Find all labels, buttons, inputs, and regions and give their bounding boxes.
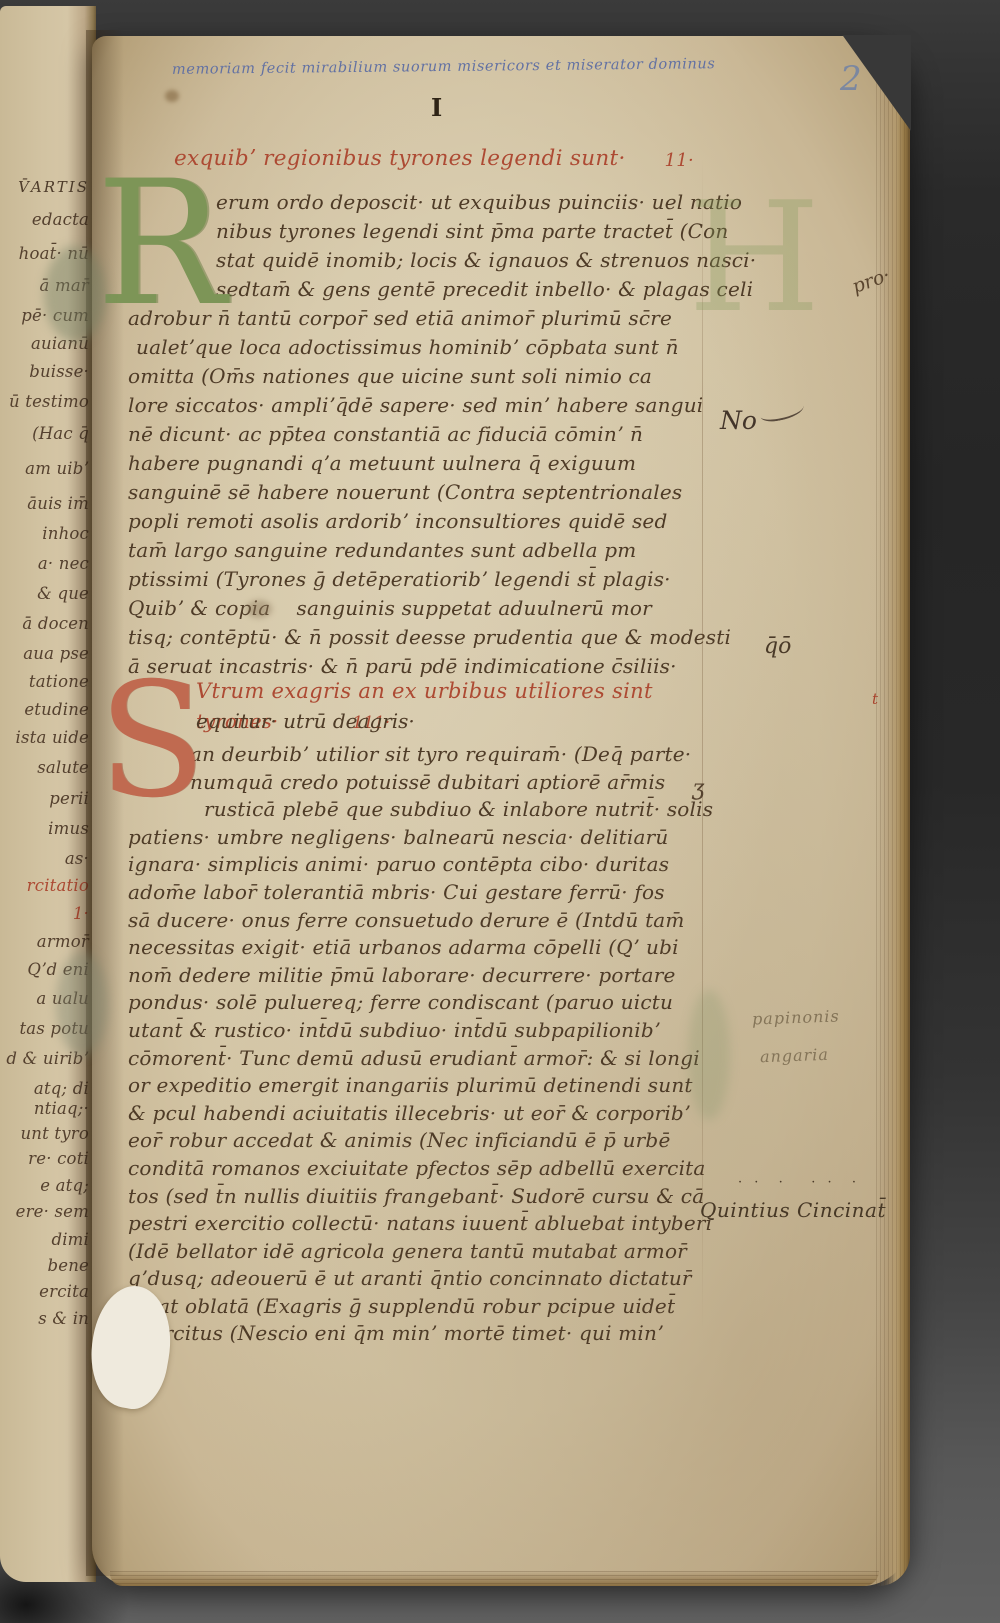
red-initial-S: S (98, 662, 206, 820)
text-line: c̄stat oblatā (Exagris ḡ supplendū robur… (128, 1293, 713, 1321)
margin-note: t (872, 692, 878, 707)
manuscript-photo: V̄ARTISedactahoat̄· nūā mar̄pē· cumauian… (0, 0, 1000, 1623)
text-line: qʼdusq; adeouerū ē ut aranti q̄ntio conc… (128, 1265, 713, 1293)
text-line: nē dicunt· ac pp̄tea constantiā ac fiduc… (128, 420, 756, 449)
text-line: pondus· solē puluereq; ferre condiscant … (128, 989, 713, 1017)
text-line: conditā romanos exciuitate pfectos sēp a… (128, 1155, 713, 1183)
text-line: patiens· umbre negligens· balnearū nesci… (128, 824, 713, 852)
offset-ghost-initial-H: H (688, 182, 821, 334)
text-line: ptissimi (Tyrones ḡ detēperatioribʼ lege… (128, 565, 756, 594)
text-line: utant̄ & rustico· int̄dū subdiuo· int̄dū… (128, 1017, 713, 1045)
text-line: necessitas exigit· etiā urbanos adarma c… (128, 934, 713, 962)
margin-note: pro· (850, 266, 893, 297)
text-line: popli remoti asolis ardoribʼ inconsultio… (128, 507, 756, 536)
text-line: eor̄ robur accedat & animis (Nec inficia… (128, 1127, 713, 1155)
margin-note: papinonis (752, 1008, 840, 1027)
header-mark: I (431, 96, 442, 120)
text-line: ā seruat incastris· & n̄ parū pdē indimi… (128, 652, 756, 681)
text-line: sā ducere· onus ferre consuetudo derure … (128, 907, 713, 935)
rubric-part: equitur· utrū deagris· (196, 711, 390, 732)
text-line: tos (sed t̄n nullis diuitiis frangebant̄… (128, 1183, 713, 1211)
text-line: sanguinē sē habere nouerunt (Contra sept… (128, 478, 756, 507)
green-initial-R: R (96, 158, 226, 330)
margin-note: No (720, 408, 804, 433)
text-line: exercitus (Nescio eni q̄m minʼ mortē tim… (128, 1320, 713, 1348)
text-block-chapter3: an deurbibʼ utilior sit tyro requiram̄· … (128, 741, 713, 1348)
text-line: numquā credo potuissē dubitari aptiorē a… (128, 769, 713, 797)
folio-number: 2 (840, 62, 862, 96)
text-line: pestri exercitio collectū· natans iuuent… (128, 1210, 713, 1238)
margin-note: angaria (760, 1047, 829, 1065)
chapter3-rubric-line1: Vtrum exagris an ex urbibus utiliores si… (196, 681, 653, 702)
text-line: habere pugnandi qʼa metuunt uulnera q̄ e… (128, 449, 756, 478)
text-line: ignara· simplicis animi· paruo contēpta … (128, 851, 713, 879)
text-line: cōmorent̄· Tunc demū adusū erudiant̄ arm… (128, 1045, 713, 1073)
text-line: (Idē bellator idē agricola genera tantū … (128, 1238, 713, 1266)
text-line: rusticā plebē que subdiuo & inlabore nut… (128, 796, 713, 824)
margin-note: q̄ō (764, 636, 791, 658)
text-line: tam̄ largo sanguine redundantes sunt adb… (128, 536, 756, 565)
text-line: omitta (Om̄s nationes que uicine sunt so… (128, 362, 756, 391)
chapter2-number: 11· (664, 146, 694, 172)
text-line: tisq; contēptū· & n̄ possit deesse prude… (128, 623, 756, 652)
text-line: adom̄e labor̄ tolerantiā mbris· Cui gest… (128, 879, 713, 907)
text-line: & pcul habendi aciuitatis illecebris· ut… (128, 1100, 713, 1128)
margin-note: Quintius Cincinat̄ (700, 1200, 886, 1220)
text-line: an deurbibʼ utilior sit tyro requiram̄· … (128, 741, 713, 769)
header-inscription: memoriam fecit mirabilium suorum miseric… (172, 57, 715, 77)
margin-note: ʒ (692, 778, 704, 800)
text-line: Quibʼ & copia sanguinis suppetat aduulne… (128, 594, 756, 623)
margin-note: · · · · · · (738, 1176, 860, 1189)
text-line: nom̄ dedere militie p̄mū laborare· decur… (128, 962, 713, 990)
chapter3-rubric-line2: equitur· utrū deagris· tyrones·111· (196, 711, 390, 732)
text-line: lore siccatos· ampliʼq̄dē sapere· sed mi… (128, 391, 756, 420)
text-line: or expeditio emergit inangariis plurimū … (128, 1072, 713, 1100)
